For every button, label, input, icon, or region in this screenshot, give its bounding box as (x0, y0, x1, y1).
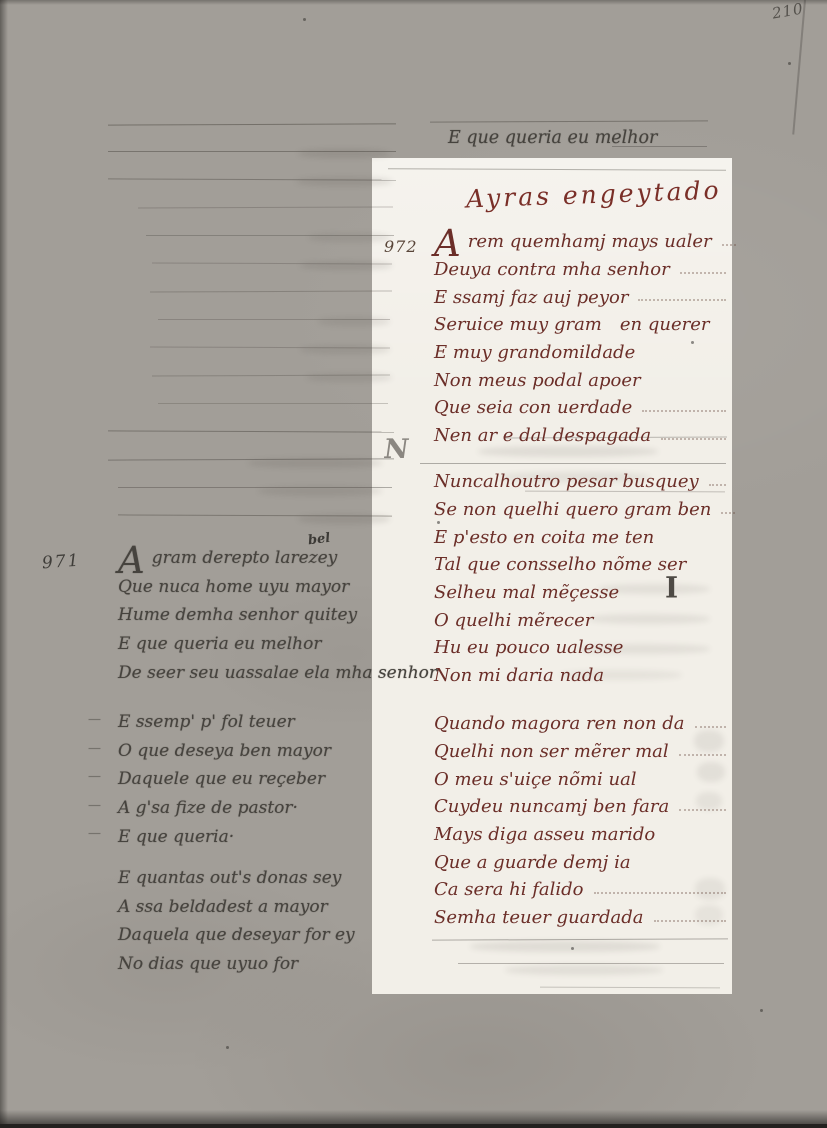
verse-line: O quelhi mẽrecer (434, 606, 730, 634)
verse-text: Semha teuer guardada (434, 907, 644, 928)
verse-text: E ssemp' p' fol teuer (118, 712, 295, 732)
verse-text: Daquela que deseyar for ey (118, 925, 355, 945)
ink-speck (691, 341, 694, 344)
ruled-line (108, 430, 394, 432)
ruled-line (150, 290, 392, 292)
verse-line: Quelhi non ser mẽrer mal (434, 738, 730, 766)
verse-line: E ssamj faz auj peyor (434, 283, 730, 311)
verse-text: Hu eu pouco ualesse (434, 637, 623, 658)
poem-number-971: 971 (41, 551, 81, 574)
verse-text: Ca sera hi falido (434, 879, 584, 900)
manuscript-page: 210 E que queria eu melhor Ayras engeyta… (0, 0, 827, 1128)
verse-line: Deuya contra mha senhor (434, 256, 730, 284)
verse-line: Que seia con uerdade (434, 394, 730, 422)
verse-text: Que nuca home uyu mayor (118, 577, 349, 597)
verse-line: Hu eu pouco ualesse (434, 634, 730, 662)
verse-line: E que queria· (118, 822, 394, 851)
margin-letter-n: N (382, 434, 411, 465)
verse-line: Nen ar e dal despagada (434, 422, 730, 450)
ruled-line (118, 487, 392, 488)
verse-line: Semha teuer guardada (434, 904, 730, 932)
verse-line: A rem quemhamj mays ualer (434, 228, 730, 256)
verse-text: gram derepto larezey (152, 548, 338, 568)
verse-line: E ssemp' p' fol teuer (118, 708, 394, 737)
poem-number-972: 972 (384, 237, 418, 256)
verse-text: Se non quelhi quero gram ben (434, 499, 711, 520)
verse-text: De seer seu uassalae ela mha senhor (118, 663, 437, 683)
right-stanza-1: A rem quemhamj mays ualer Deuya contra m… (434, 228, 730, 450)
verse-text: Quelhi non ser mẽrer mal (434, 741, 669, 762)
ruled-line (152, 262, 392, 264)
verse-line: A g'sa fize de pastor· (118, 794, 394, 823)
verse-text: Seruice muy gram en querer (434, 314, 709, 335)
ink-speck (303, 18, 306, 21)
verse-line: O que deseya ben mayor (118, 737, 394, 766)
ruled-line (146, 235, 394, 236)
verse-text: E ssamj faz auj peyor (434, 287, 628, 308)
verse-line: Se non quelhi quero gram ben (434, 496, 730, 524)
ruled-line (158, 319, 390, 320)
verse-line: A gram derepto larezey (118, 544, 394, 573)
ruled-line (108, 151, 396, 152)
verse-line: Cuydeu nuncamj ben fara (434, 793, 730, 821)
verse-line: Non mi daria nada (434, 662, 730, 690)
verse-line-loose: E que queria eu melhor (448, 128, 657, 148)
verse-text: No dias que uyuo for (118, 954, 298, 974)
bleed-through-smudge (258, 486, 382, 496)
ruled-line (108, 458, 394, 460)
verse-line: No dias que uyuo for (118, 950, 394, 979)
verse-text: E que queria· (118, 827, 234, 847)
verse-text: E quantas out's donas sey (118, 868, 341, 888)
verse-text: O que deseya ben mayor (118, 741, 331, 761)
ruled-line (158, 403, 388, 404)
verse-text: O quelhi mẽrecer (434, 610, 593, 631)
ruled-line (108, 123, 396, 125)
verse-line: Selheu mal mẽçesse (434, 579, 730, 607)
verse-text: A ssa beldadest a mayor (118, 897, 328, 917)
verse-line: E que queria eu melhor (118, 630, 394, 659)
ink-speck (226, 1046, 229, 1049)
verse-line: Que a guarde demj ia (434, 848, 730, 876)
verse-line: Hume demha senhor quitey (118, 601, 394, 630)
folio-number: 210 (771, 0, 805, 23)
verse-text: Deuya contra mha senhor (434, 259, 670, 280)
ruled-line (152, 374, 390, 376)
verse-text: A g'sa fize de pastor· (118, 798, 298, 818)
verse-line: Daquela que deseyar for ey (118, 921, 394, 950)
ruled-line (150, 346, 390, 348)
page-edge-top (0, 0, 827, 5)
verse-line: Quando magora ren non da (434, 710, 730, 738)
verse-text: E muy grandomildade (434, 342, 635, 363)
ink-speck (437, 521, 440, 524)
verse-text: Mays diga asseu marido (434, 824, 655, 845)
verse-text: Quando magora ren non da (434, 713, 685, 734)
ruled-line (118, 514, 392, 516)
verse-line: O meu s'uiçe nõmi ual (434, 765, 730, 793)
verse-line: Nuncalhoutro pesar busquey (434, 468, 730, 496)
right-stanza-2: Nuncalhoutro pesar busquey Se non quelhi… (434, 468, 730, 690)
ink-speck (760, 1009, 763, 1012)
verse-line: A ssa beldadest a mayor (118, 893, 394, 922)
verse-line: E muy grandomildade (434, 339, 730, 367)
ink-speck (788, 62, 791, 65)
verse-text: Daquele que eu reçeber (118, 769, 325, 789)
left-stanza-2: E ssemp' p' fol teuer O que deseya ben m… (118, 708, 394, 851)
verse-text: Que a guarde demj ia (434, 852, 631, 873)
verse-text: E p'esto en coita me ten (434, 527, 654, 548)
verse-line: Non meus podal apoer (434, 366, 730, 394)
verse-line: Seruice muy gram en querer (434, 311, 730, 339)
verse-text: Nen ar e dal despagada (434, 425, 651, 446)
ruled-line (138, 206, 393, 208)
bleed-through-smudge (248, 458, 382, 468)
verse-line: E p'esto en coita me ten (434, 523, 730, 551)
verse-text: Non meus podal apoer (434, 370, 641, 391)
verse-text: Selheu mal mẽçesse (434, 582, 619, 603)
verse-text: Cuydeu nuncamj ben fara (434, 796, 669, 817)
verse-line: De seer seu uassalae ela mha senhor (118, 658, 394, 687)
verse-text: Que seia con uerdade (434, 397, 632, 418)
verse-text: Tal que consselho nõme ser (434, 554, 686, 575)
verse-line: Daquele que eu reçeber (118, 765, 394, 794)
verse-line: Ca sera hi falido (434, 876, 730, 904)
right-stanza-3: Quando magora ren non da Quelhi non ser … (434, 710, 730, 932)
page-edge-bottom-line (0, 1124, 827, 1128)
verse-text: rem quemhamj mays ualer (468, 231, 712, 252)
ruled-line (430, 120, 708, 122)
verse-text: O meu s'uiçe nõmi ual (434, 769, 637, 790)
verse-line: Que nuca home uyu mayor (118, 573, 394, 602)
verse-text: E que queria eu melhor (118, 634, 321, 654)
bleed-through-smudge (298, 149, 390, 158)
ruled-line (108, 178, 396, 180)
page-edge-left (0, 0, 8, 1128)
verse-text: Nuncalhoutro pesar busquey (434, 471, 699, 492)
verse-line: Tal que consselho nõme ser (434, 551, 730, 579)
left-stanza-1: A gram derepto larezey Que nuca home uyu… (118, 544, 394, 687)
verse-text: Non mi daria nada (434, 665, 604, 686)
verse-line: E quantas out's donas sey (118, 864, 394, 893)
ink-speck (571, 947, 574, 950)
page-corner-crease (792, 0, 806, 135)
verse-text: Hume demha senhor quitey (118, 605, 357, 625)
page-edge-bottom (0, 1110, 827, 1128)
left-stanza-3: E quantas out's donas sey A ssa beldades… (118, 864, 394, 978)
verse-line: Mays diga asseu marido (434, 821, 730, 849)
